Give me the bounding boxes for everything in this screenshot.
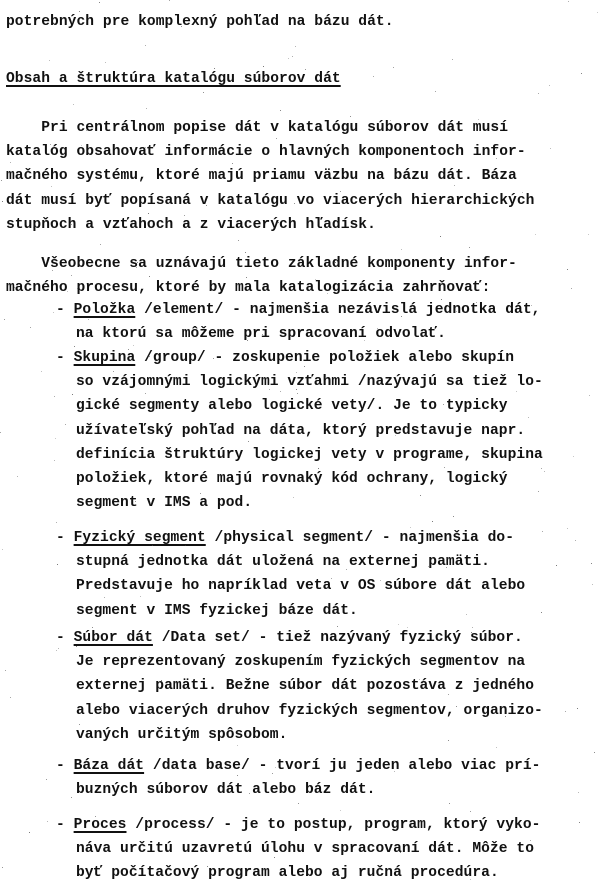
definition-line: náva určitú uzavretú úlohu v spracovaní … [76,841,534,857]
scan-noise [450,820,451,821]
scan-noise [237,775,238,776]
scan-noise [247,340,248,341]
definition-line: byť počítačový program alebo aj ručná pr… [76,865,499,881]
scan-noise [92,627,93,628]
scan-noise [395,435,396,436]
list-item: - Súbor dát /Data set/ - tiež nazývaný f… [56,630,523,646]
scan-noise [105,62,106,63]
scan-noise [327,293,328,294]
bullet-dash: - [56,758,74,774]
scan-noise [531,305,532,306]
scan-noise [50,144,51,145]
scan-noise [571,288,572,289]
scan-noise [377,328,378,329]
scan-noise [237,745,238,746]
scan-noise [544,471,545,472]
scan-noise [541,468,542,469]
scan-noise [65,424,66,425]
scan-noise [101,706,102,707]
scan-noise [281,475,282,476]
scan-noise [578,792,579,793]
scan-noise [56,650,57,651]
scan-noise [440,236,441,237]
scan-noise [104,597,105,598]
scan-noise [452,59,453,60]
scan-noise [435,91,436,92]
scan-noise [57,564,58,565]
scan-noise [505,716,506,717]
scan-noise [269,79,270,80]
definition-line: externej pamäti. Bežne súbor dát pozostá… [76,678,534,694]
scan-noise [470,879,471,880]
scan-noise [305,69,306,70]
term: Položka [74,302,136,318]
term: Fyzický segment [74,530,206,546]
scan-noise [407,627,408,628]
list-item: - Položka /element/ - najmenšia nezávisl… [56,302,540,318]
scan-noise [428,566,429,567]
scan-noise [169,0,170,1]
scan-noise [340,191,341,192]
definition-text: /group/ - zoskupenie položiek alebo skup… [135,350,514,366]
scan-noise [184,215,185,216]
scan-noise [55,438,56,439]
definition-line: gické segmenty alebo logické vety/. Je t… [76,398,508,414]
scan-noise [143,640,144,641]
scan-noise [71,275,72,276]
scan-noise [200,493,201,494]
term: Súbor dát [74,630,153,646]
scan-noise [462,311,463,312]
scan-noise [149,356,150,357]
scan-noise [568,1,569,2]
scan-noise [265,782,266,783]
scan-noise [296,389,297,390]
scan-noise [404,149,405,150]
scan-noise [17,476,18,477]
scan-noise [453,516,454,517]
scan-noise [579,822,580,823]
scan-noise [149,276,150,277]
scan-noise [140,596,141,597]
scan-noise [456,706,457,707]
scan-noise [565,711,566,712]
scan-noise [393,67,394,68]
scan-noise [401,249,402,250]
scan-noise [318,468,319,469]
scan-noise [10,162,11,163]
scan-noise [350,116,351,117]
scan-noise [33,227,34,228]
scan-noise [263,66,264,67]
bullet-dash: - [56,530,74,546]
scan-noise [380,580,381,581]
scan-noise [469,247,470,248]
definition-line: buzných súborov dát alebo báz dát. [76,782,375,798]
scan-noise [448,694,449,695]
scan-noise [541,612,542,613]
scan-noise [71,224,72,225]
scan-noise [79,724,80,725]
scan-noise [432,521,433,522]
scan-noise [331,578,332,579]
scan-noise [14,287,15,288]
scan-noise [304,366,305,367]
scan-noise [145,147,146,148]
bullet-dash: - [56,630,74,646]
definition-line: vaných určitým spôsobom. [76,727,287,743]
scan-noise [54,396,55,397]
scan-noise [556,565,557,566]
scan-noise [419,679,420,680]
scan-noise [58,648,59,649]
scan-noise [238,240,239,241]
definition-line: položiek, ktoré majú rovnaký kód ochrany… [76,471,508,487]
scan-noise [364,340,365,341]
scan-noise [297,393,298,394]
lead-line: potrebných pre komplexný pohľad na bázu … [6,14,394,30]
scan-noise [470,811,471,812]
scan-noise [280,391,281,392]
scan-noise [135,501,136,502]
paragraph-line: mačného systému, ktoré majú priamu väzbu… [6,168,517,184]
scan-noise [185,545,186,546]
scan-noise [443,404,444,405]
scan-noise [433,283,434,284]
scan-noise [398,624,399,625]
scan-noise [139,656,140,657]
scan-noise [410,527,411,528]
scan-noise [298,803,299,804]
scan-noise [581,73,582,74]
term: Skupina [74,350,136,366]
scan-noise [422,868,423,869]
scan-noise [262,334,263,335]
scan-noise [335,432,336,433]
definition-line: segment v IMS a pod. [76,495,252,511]
scan-noise [456,311,457,312]
scan-noise [471,632,472,633]
scan-noise [79,11,80,12]
scan-noise [522,192,523,193]
scan-noise [496,158,497,159]
scan-noise [446,567,447,568]
scan-noise [472,627,473,628]
scan-noise [478,119,479,120]
scan-noise [46,779,47,780]
scan-noise [420,495,421,496]
scan-noise [49,60,50,61]
scan-noise [145,45,146,46]
scan-noise [394,771,395,772]
scan-noise [2,549,3,550]
scan-noise [280,110,281,111]
scan-noise [538,491,539,492]
scan-noise [390,120,391,121]
scan-noise [245,252,246,253]
definition-line: užívateľský pohľad na dáta, ktorý predst… [76,423,525,439]
scan-noise [73,104,74,105]
scan-noise [337,626,338,627]
definition-line: segment v IMS fyzickej báze dát. [76,603,358,619]
scan-noise [203,92,204,93]
scan-noise [476,302,477,303]
list-item: - Fyzický segment /physical segment/ - n… [56,530,514,546]
scan-noise [86,130,87,131]
scan-noise [88,319,89,320]
scan-noise [148,213,149,214]
scan-noise [4,319,5,320]
scan-noise [263,79,264,80]
scan-noise [0,432,1,433]
scan-noise [528,417,529,418]
definition-text: /physical segment/ - najmenšia do- [206,530,514,546]
scan-noise [577,708,578,709]
scan-noise [214,68,215,69]
scan-noise [530,840,531,841]
scan-noise [232,163,233,164]
scan-noise [346,569,347,570]
scan-noise [519,580,520,581]
scan-noise [113,371,114,372]
definition-line: alebo viacerých druhov fyzických segment… [76,703,543,719]
scan-noise [2,867,3,868]
definition-text: /element/ - najmenšia nezávislá jednotka… [135,302,540,318]
scan-noise [592,584,593,585]
definition-line: na ktorú sa môžeme pri spracovaní odvola… [76,326,446,342]
scan-noise [573,456,574,457]
list-item: - Skupina /group/ - zoskupenie položiek … [56,350,514,366]
scan-noise [52,270,53,271]
definition-line: definícia štruktúry logickej vety v prog… [76,447,543,463]
scan-noise [67,291,68,292]
scan-noise [77,288,78,289]
scan-noise [278,222,279,223]
scan-noise [146,108,147,109]
scan-noise [197,24,198,25]
scan-noise [41,371,42,372]
scan-noise [441,299,442,300]
definition-text: /process/ - je to postup, program, ktorý… [126,817,540,833]
scan-noise [136,267,137,268]
scan-noise [444,467,445,468]
scan-noise [275,458,276,459]
scan-noise [594,752,595,753]
scan-noise [74,346,75,347]
scan-noise [1,180,2,181]
paragraph-line: Pri centrálnom popise dát v katalógu súb… [6,120,508,136]
scan-noise [76,646,77,647]
scan-noise [161,680,162,681]
scan-noise [54,460,55,461]
scan-noise [567,269,568,270]
scan-noise [449,803,450,804]
scan-noise [248,441,249,442]
scan-noise [181,26,182,27]
scan-noise [293,497,294,498]
scan-noise [295,46,296,47]
scan-noise [575,540,576,541]
scan-noise [448,740,449,741]
scan-noise [29,832,30,833]
scan-noise [294,203,295,204]
scan-noise [496,747,497,748]
scan-noise [2,201,3,202]
scan-noise [212,583,213,584]
scan-noise [71,797,72,798]
scan-noise [502,846,503,847]
scan-noise [133,345,134,346]
definition-line: Je reprezentovaný zoskupením fyzických s… [76,654,525,670]
scan-noise [400,852,401,853]
scan-noise [246,603,247,604]
scan-noise [542,531,543,532]
scan-noise [152,545,153,546]
scan-noise [5,670,6,671]
scan-noise [53,312,54,313]
scan-noise [100,244,101,245]
scan-noise [128,349,129,350]
scan-noise [299,561,300,562]
scan-noise [141,659,142,660]
scan-noise [588,234,589,235]
scan-noise [340,810,341,811]
scan-noise [206,205,207,206]
scan-noise [207,866,208,867]
scan-noise [367,479,368,480]
scan-noise [249,793,250,794]
term: Proces [74,817,127,833]
scan-noise [591,563,592,564]
bullet-dash: - [56,350,74,366]
definition-text: /Data set/ - tiež nazývaný fyzický súbor… [153,630,523,646]
scan-noise [373,76,374,77]
paragraph-line: stupňoch a vzťahoch a z viacerých hľadís… [6,217,376,233]
scan-noise [496,149,497,150]
scan-noise [274,857,275,858]
scan-noise [538,93,539,94]
scan-noise [360,356,361,357]
scan-noise [56,522,57,523]
term: Báza dát [74,758,144,774]
scan-noise [272,773,273,774]
scan-noise [51,186,52,187]
definition-line: stupná jednotka dát uložená na externej … [76,554,490,570]
scan-noise [550,148,551,149]
scan-noise [589,395,590,396]
scan-noise [335,262,336,263]
scan-noise [288,58,289,59]
paragraph-line: dát musí byť popísaná v katalógu vo viac… [6,193,534,209]
scan-noise [567,528,568,529]
scan-noise [188,735,189,736]
scan-noise [535,234,536,235]
scan-noise [30,327,31,328]
scan-noise [95,816,96,817]
scan-noise [269,389,270,390]
scan-noise [213,358,214,359]
scan-noise [275,767,276,768]
scan-noise [137,262,138,263]
bullet-dash: - [56,817,74,833]
scan-noise [315,279,316,280]
paragraph-line: mačného procesu, ktoré by mala katalogiz… [6,280,490,296]
scan-noise [466,614,467,615]
scan-noise [246,277,247,278]
definition-text: /data base/ - tvorí ju jeden alebo viac … [144,758,540,774]
scan-noise [292,56,293,57]
scan-noise [48,18,49,19]
scan-noise [84,335,85,336]
list-item: - Proces /process/ - je to postup, progr… [56,817,540,833]
scan-noise [276,138,277,139]
paragraph-line: katalóg obsahovať informácie o hlavných … [6,144,526,160]
scan-noise [145,393,146,394]
scan-noise [401,316,402,317]
bullet-dash: - [56,302,74,318]
scan-noise [72,394,73,395]
paragraph-line: Všeobecne sa uznávajú tieto základné kom… [6,256,517,272]
definition-line: so vzájomnými logickými vzťahmi /nazývaj… [76,374,543,390]
scan-noise [352,306,353,307]
scan-noise [516,391,517,392]
scan-noise [81,145,82,146]
scan-noise [454,185,455,186]
section-heading: Obsah a štruktúra katalógu súborov dát [6,71,341,87]
scan-noise [47,821,48,822]
scan-noise [165,312,166,313]
scan-noise [296,372,297,373]
definition-line: Predstavuje ho napríklad veta v OS súbor… [76,578,525,594]
scan-noise [10,697,11,698]
list-item: - Báza dát /data base/ - tvorí ju jeden … [56,758,540,774]
scan-noise [99,2,100,3]
scan-noise [549,85,550,86]
